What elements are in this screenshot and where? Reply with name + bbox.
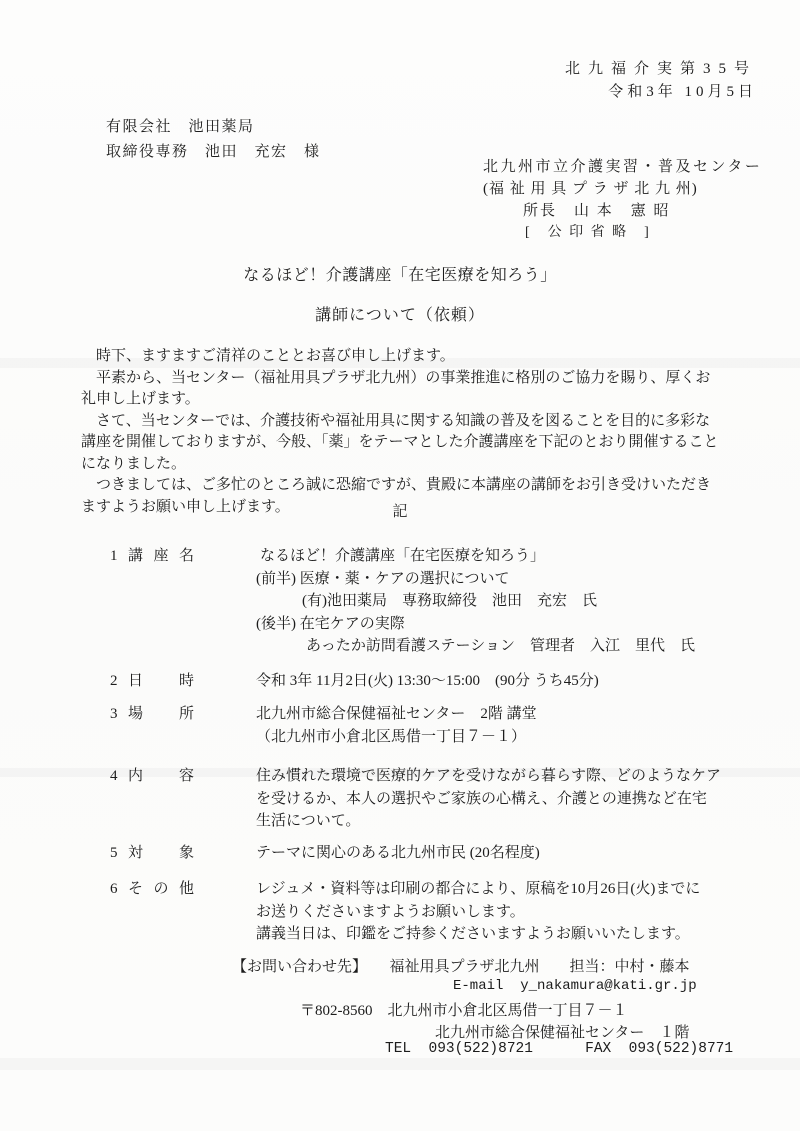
document-number: 北九福介実第35号: [565, 58, 757, 81]
course-title: なるほど！介護講座「在宅医療を知ろう」: [256, 545, 721, 568]
letter-body: 時下、ますますご清祥のこととお喜び申し上げます。 平素から、当センター（福祉用具…: [81, 346, 721, 518]
document-date: 令和3年 10月5日: [565, 81, 757, 104]
item-number: 6: [110, 878, 128, 901]
body-paragraph-1: 時下、ますますご清祥のこととお喜び申し上げます。: [81, 346, 721, 368]
item-content: 北九州市総合保健福祉センター 2階 講堂 （北九州市小倉北区馬借一丁目７－１）: [256, 703, 721, 748]
item-number: 2: [110, 670, 128, 693]
sender-director: 所長 山 本 憲 昭: [483, 200, 795, 222]
venue-address: （北九州市小倉北区馬借一丁目７－１）: [256, 726, 721, 749]
course-first-half: (前半) 医療・薬・ケアの選択について: [256, 568, 721, 591]
item-place: 3 場所 北九州市総合保健福祉センター 2階 講堂 （北九州市小倉北区馬借一丁目…: [110, 703, 730, 748]
item-label: 場所: [128, 703, 194, 726]
item-list: 1 講座名 なるほど！介護講座「在宅医療を知ろう」 (前半) 医療・薬・ケアの選…: [110, 545, 730, 946]
item-label: 日時: [128, 670, 194, 693]
body-paragraph-3: さて、当センターでは、介護技術や福祉用具に関する知識の普及を図ることを目的に多彩…: [81, 411, 721, 476]
course-second-half-lecturer: あったか訪問看護ステーション 管理者 入江 里代 氏: [256, 635, 721, 658]
item-course-name: 1 講座名 なるほど！介護講座「在宅医療を知ろう」 (前半) 医療・薬・ケアの選…: [110, 545, 730, 658]
recipient-block: 有限会社 池田薬局 取締役専務 池田 充宏 様: [106, 115, 321, 165]
item-content: レジュメ・資料等は印刷の都合により、原稿を10月26日(火)までに お送りくださ…: [256, 878, 721, 946]
contact-address-line2: 北九州市総合保健福祉センター １階: [435, 1021, 689, 1042]
item-label: 対象: [128, 842, 194, 865]
sender-block: 北九州市立介護実習・普及センター (福 祉 用 具 プ ラ ザ 北 九 州) 所…: [483, 156, 795, 244]
item-number: 5: [110, 842, 128, 865]
event-datetime: 令和 3年 11月2日(火) 13:30〜15:00 (90分 うち45分): [256, 670, 721, 693]
scan-artifact: [0, 1058, 800, 1070]
target-audience: テーマに関心のある北九州市民 (20名程度): [256, 842, 721, 865]
item-content: なるほど！介護講座「在宅医療を知ろう」 (前半) 医療・薬・ケアの選択について …: [256, 545, 721, 658]
item-label: 講座名: [128, 545, 194, 568]
seal-omitted-note: [ 公 印 省 略 ]: [483, 222, 795, 244]
contact-email: E-mail y_nakamura@kati.gr.jp: [453, 978, 697, 994]
sender-organization-alias: (福 祉 用 具 プ ラ ザ 北 九 州): [483, 178, 795, 200]
item-content: 令和 3年 11月2日(火) 13:30〜15:00 (90分 うち45分): [256, 670, 721, 693]
notes-deadline-1: レジュメ・資料等は印刷の都合により、原稿を10月26日(火)までに: [256, 878, 721, 901]
sender-organization: 北九州市立介護実習・普及センター: [483, 156, 795, 178]
item-content: テーマに関心のある北九州市民 (20名程度): [256, 842, 721, 865]
course-first-half-lecturer: (有)池田薬局 専務取締役 池田 充宏 氏: [256, 590, 721, 613]
notes-seal-request: 講義当日は、印鑑をご持参くださいますようお願いいたします。: [256, 923, 721, 946]
course-second-half: (後半) 在宅ケアの実際: [256, 613, 721, 636]
item-label: 内容: [128, 765, 194, 788]
item-description: 4 内容 住み慣れた環境で医療的ケアを受けながら暮らす際、どのようなケアを受ける…: [110, 765, 730, 833]
item-audience: 5 対象 テーマに関心のある北九州市民 (20名程度): [110, 842, 730, 865]
item-number: 4: [110, 765, 128, 788]
record-marker: 記: [0, 500, 800, 521]
contact-address-line1: 〒802-8560 北九州市小倉北区馬借一丁目７－１: [300, 999, 628, 1020]
scanned-letter-page: 北九福介実第35号 令和3年 10月5日 有限会社 池田薬局 取締役専務 池田 …: [0, 0, 800, 1131]
item-number: 3: [110, 703, 128, 726]
venue-name: 北九州市総合保健福祉センター 2階 講堂: [256, 703, 721, 726]
recipient-company: 有限会社 池田薬局: [106, 115, 321, 140]
item-label: その他: [128, 878, 194, 901]
item-other-notes: 6 その他 レジュメ・資料等は印刷の都合により、原稿を10月26日(火)までに …: [110, 878, 730, 946]
item-date-time: 2 日時 令和 3年 11月2日(火) 13:30〜15:00 (90分 うち4…: [110, 670, 730, 693]
recipient-person: 取締役専務 池田 充宏 様: [106, 140, 321, 165]
item-content: 住み慣れた環境で医療的ケアを受けながら暮らす際、どのようなケアを受けるか、本人の…: [256, 765, 721, 833]
document-meta: 北九福介実第35号 令和3年 10月5日: [565, 58, 757, 104]
letter-subtitle: 講師について（依頼）: [0, 302, 800, 325]
contact-heading: 【お問い合わせ先】 福祉用具プラザ北九州 担当：中村・藤本: [232, 955, 690, 976]
item-number: 1: [110, 545, 128, 568]
notes-deadline-2: お送りくださいますようお願いします。: [256, 901, 721, 924]
body-paragraph-2: 平素から、当センター（福祉用具プラザ北九州）の事業推進に格別のご協力を賜り、厚く…: [81, 368, 721, 411]
contact-tel-fax: TEL 093(522)8721 FAX 093(522)8771: [385, 1041, 733, 1057]
letter-title: なるほど！介護講座「在宅医療を知ろう」: [0, 262, 800, 285]
lecture-description: 住み慣れた環境で医療的ケアを受けながら暮らす際、どのようなケアを受けるか、本人の…: [256, 765, 721, 833]
